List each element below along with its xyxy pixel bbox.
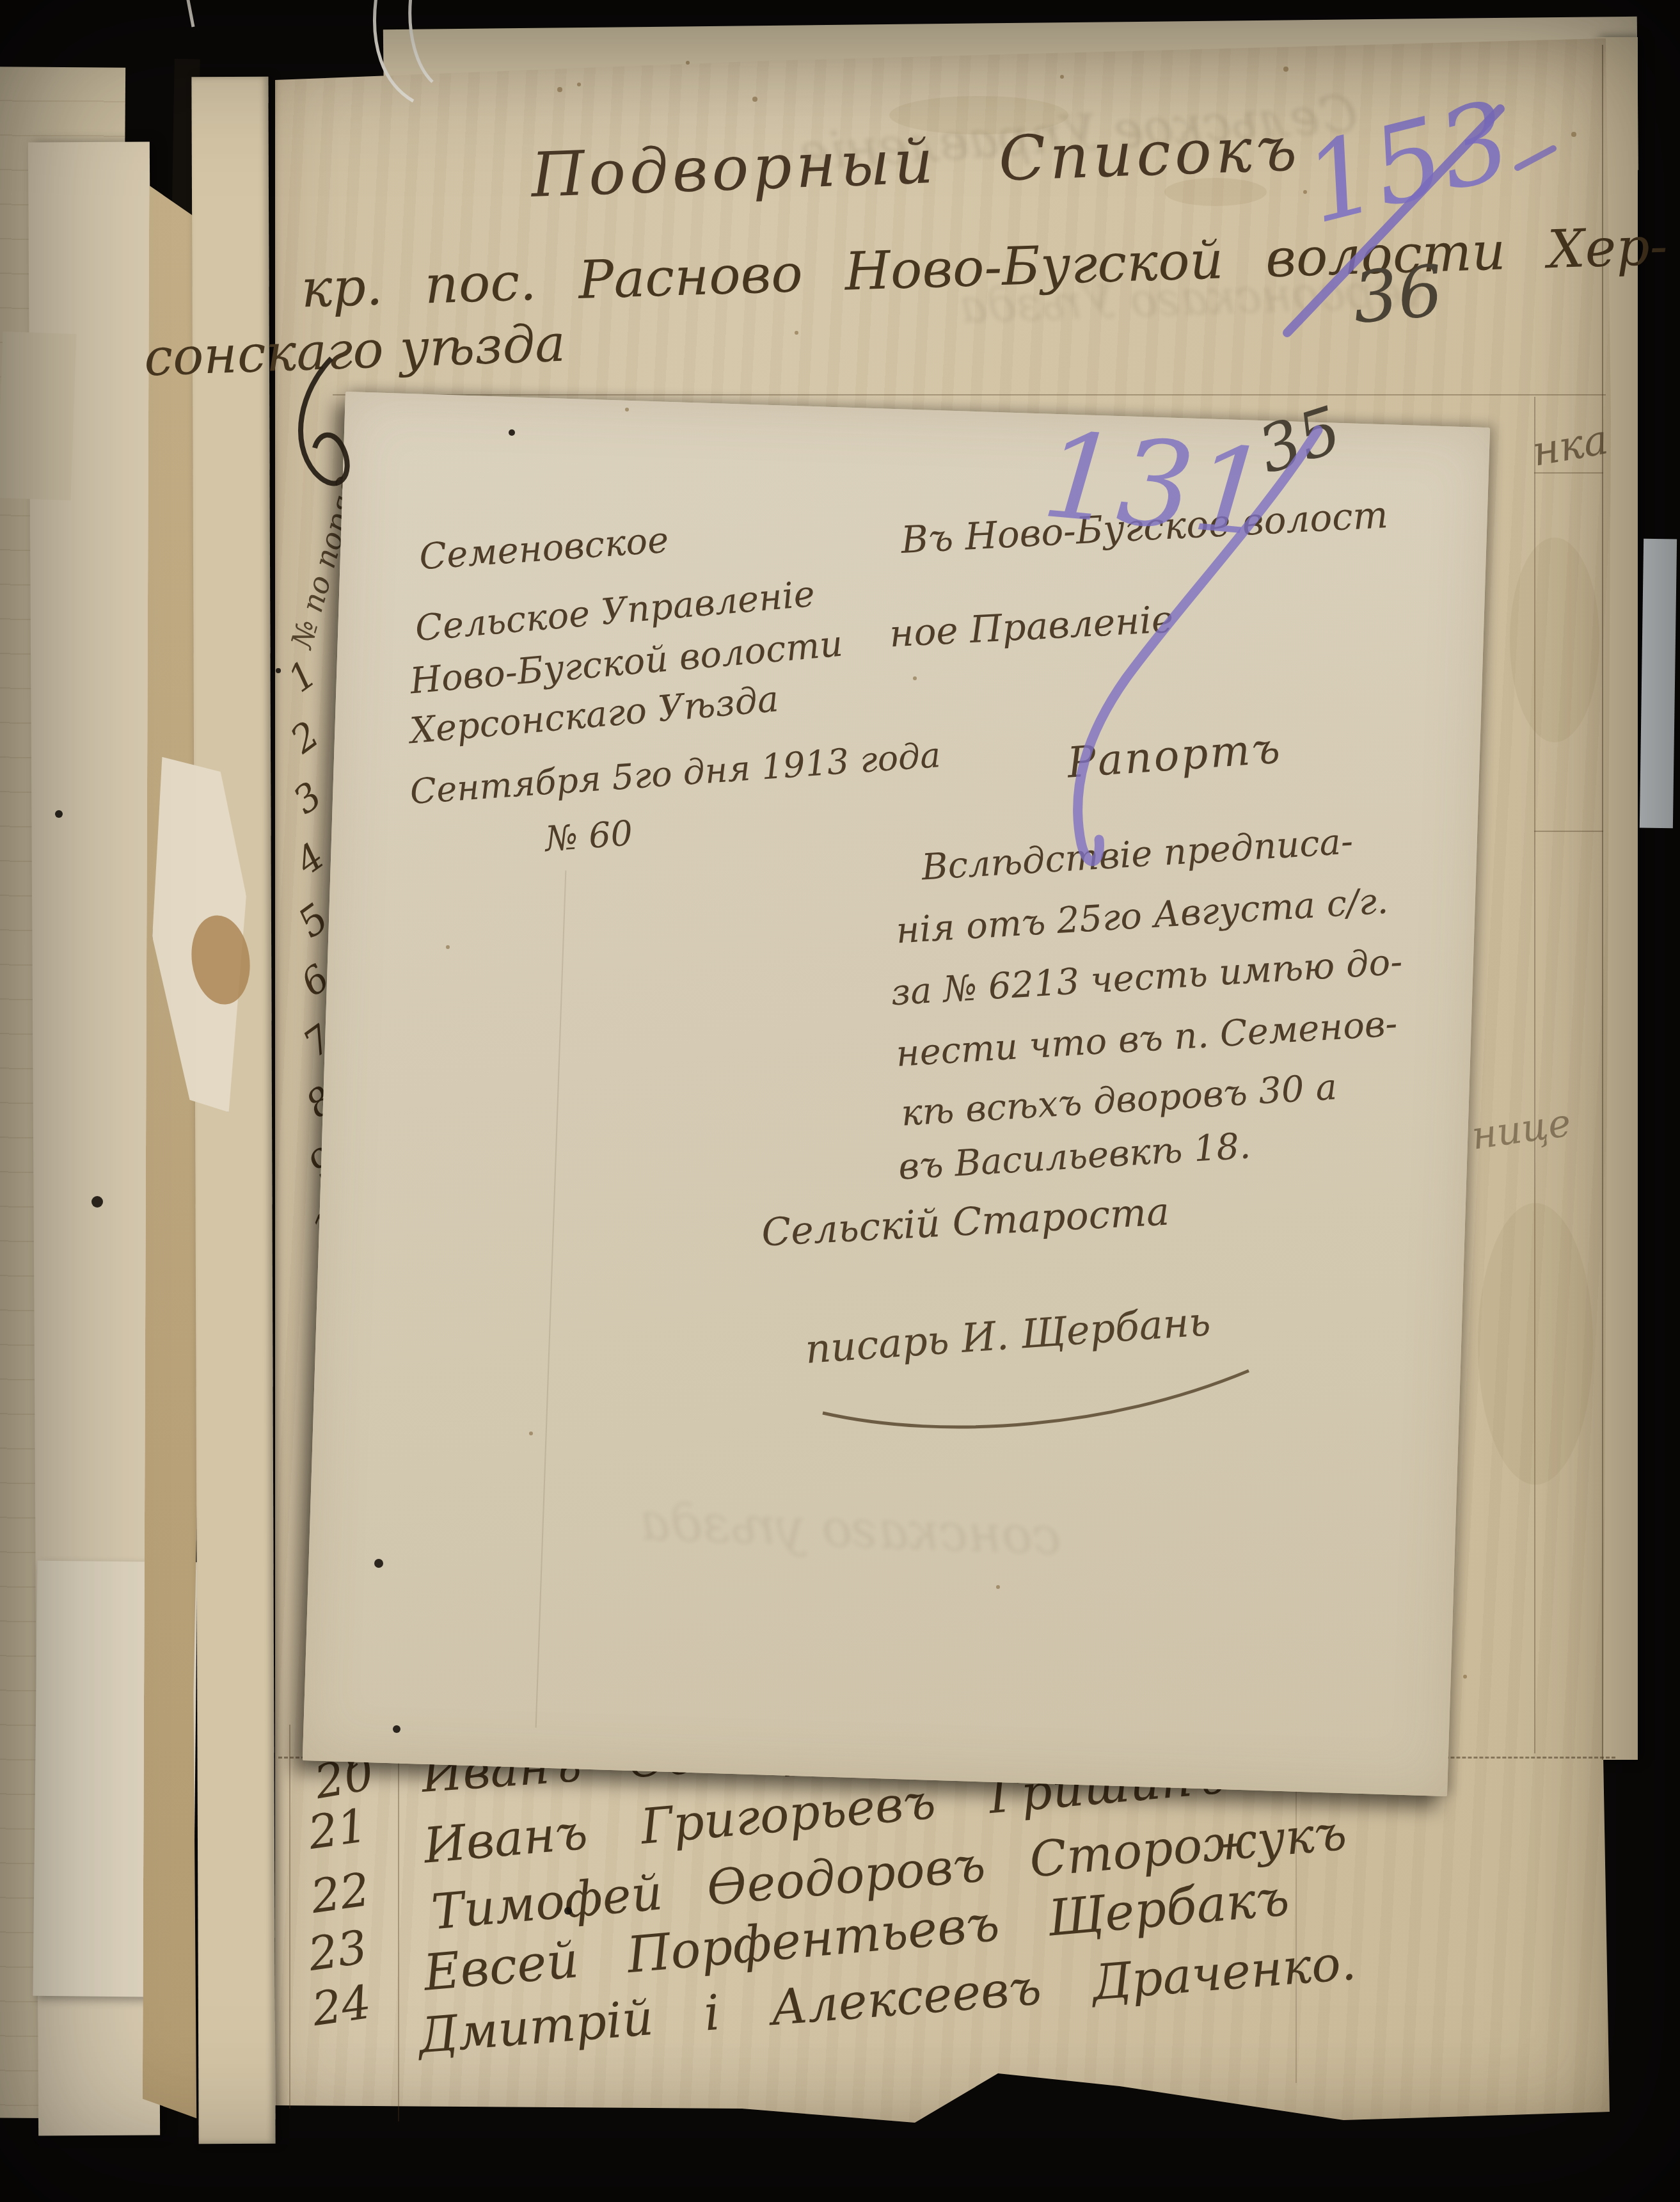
sender-line: № 60: [544, 816, 633, 856]
table-rule: [1602, 45, 1603, 1760]
table-rule: [398, 1725, 399, 2121]
table-rule: [1534, 831, 1603, 832]
archival-photo: Сельское Управленіе Херсонскаго Уѣзда но…: [0, 0, 1680, 2202]
row-number: 22: [308, 1866, 372, 1920]
paper-stack-sheet: [0, 331, 77, 500]
text-fragment: нка: [1529, 419, 1611, 473]
archival-number-pencil: 36: [1350, 255, 1445, 333]
report-number-purple-crossed: 131: [1038, 416, 1274, 554]
row-number: 21: [305, 1802, 370, 1856]
table-rule: [1534, 397, 1535, 1753]
paper-stack-sheet: [1640, 539, 1677, 829]
table-rule: [333, 394, 1606, 395]
row-number: 24: [309, 1979, 374, 2032]
table-rule: [289, 1725, 290, 2109]
list-subtitle-line2: сонскаго уѣзда: [143, 318, 566, 384]
bleed-through: сонскаго уѣзда: [639, 1497, 1062, 1563]
row-number: 23: [305, 1924, 370, 1977]
torn-paper-strip: [191, 77, 275, 2144]
